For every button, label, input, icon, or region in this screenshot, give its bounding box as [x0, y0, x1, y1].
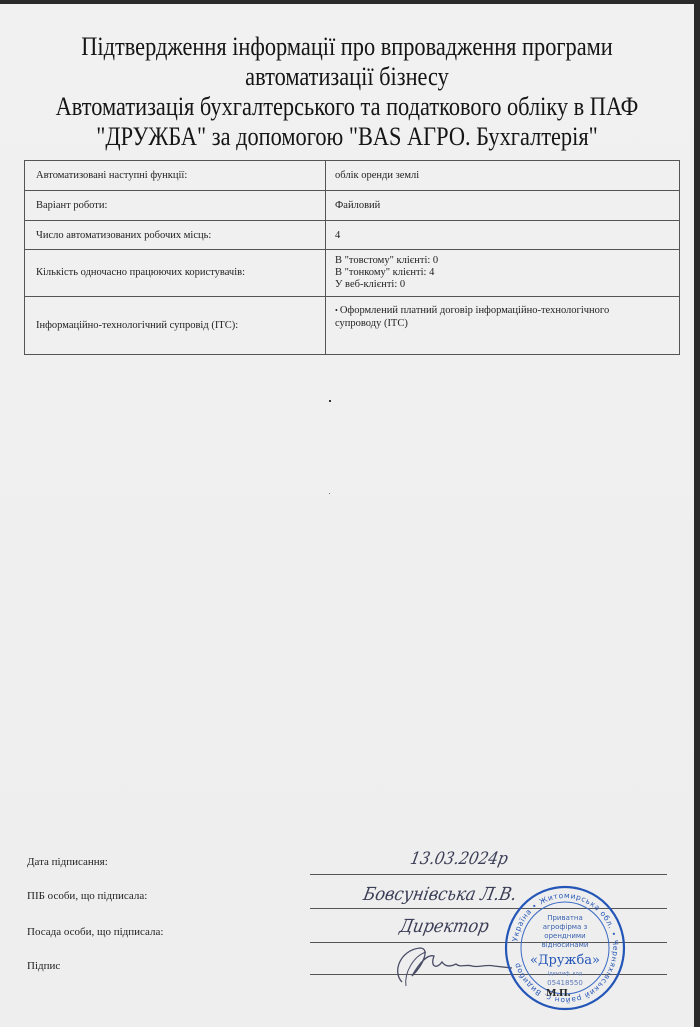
seal-line-3: орендними — [544, 932, 585, 940]
name-label: ПІБ особи, що підписала: — [27, 890, 147, 902]
position-label: Посада особи, що підписала: — [27, 926, 163, 938]
title-line-2: автоматизації бізнесу — [49, 62, 646, 92]
seal-code-label: Ідентиф. код — [548, 971, 583, 977]
row-label: Інформаційно-технологічний супровід (ІТС… — [25, 297, 326, 355]
table-row-its: Інформаційно-технологічний супровід (ІТС… — [25, 297, 680, 355]
signature-scribble — [390, 942, 520, 990]
implementation-info-table: Автоматизовані наступні функції: облік о… — [24, 160, 680, 355]
its-line-2: супроводу (ІТС) — [335, 317, 673, 330]
date-label: Дата підписання: — [27, 856, 108, 868]
signature-label: Підпис — [27, 960, 60, 972]
row-label: Число автоматизованих робочих місць: — [25, 221, 326, 250]
seal-name: «Дружба» — [530, 953, 600, 968]
row-label: Варіант роботи: — [25, 191, 326, 221]
row-value: облік оренди землі — [326, 161, 680, 191]
title-line-1: Підтвердження інформації про впровадженн… — [49, 32, 646, 62]
thick-client-count: В "товстому" клієнті: 0 — [335, 255, 673, 267]
document-page: Підтвердження інформації про впровадженн… — [0, 4, 694, 1027]
row-value: •Оформлений платний договір інформаційно… — [326, 297, 680, 355]
seal-line-1: Приватна — [547, 914, 583, 922]
table-row-functions: Автоматизовані наступні функції: облік о… — [25, 161, 680, 191]
row-value: 4 — [326, 221, 680, 250]
thin-client-count: В "тонкому" клієнті: 4 — [335, 267, 673, 279]
row-label: Кількість одночасно працюючих користувач… — [25, 250, 326, 297]
table-row-mode: Варіант роботи: Файловий — [25, 191, 680, 221]
title-line-4: "ДРУЖБА" за допомогою "BAS АГРО. Бухгалт… — [49, 122, 646, 152]
seal-line-4: відносинами — [542, 941, 589, 949]
bullet-icon: • — [335, 306, 338, 315]
row-value: В "товстому" клієнті: 0 В "тонкому" кліє… — [326, 250, 680, 297]
date-line — [310, 874, 667, 875]
document-title: Підтвердження інформації про впровадженн… — [49, 32, 646, 152]
table-row-users: Кількість одночасно працюючих користувач… — [25, 250, 680, 297]
position-handwritten: Директор — [398, 916, 491, 937]
seal-mark: М.П. — [546, 987, 570, 999]
seal-code: 05418550 — [547, 979, 583, 987]
speck — [329, 493, 330, 494]
speck — [329, 400, 331, 402]
row-value: Файловий — [326, 191, 680, 221]
date-handwritten: 13.03.2024р — [408, 849, 509, 869]
table-row-workplaces: Число автоматизованих робочих місць: 4 — [25, 221, 680, 250]
web-client-count: У веб-клієнті: 0 — [335, 279, 673, 291]
title-line-3: Автоматизація бухгалтерського та податко… — [49, 92, 646, 122]
name-handwritten: Бовсунівська Л.В. — [361, 884, 518, 905]
its-line-1: Оформлений платний договір інформаційно-… — [340, 305, 609, 316]
seal-line-2: агрофірма з — [543, 923, 588, 931]
row-label: Автоматизовані наступні функції: — [25, 161, 326, 191]
